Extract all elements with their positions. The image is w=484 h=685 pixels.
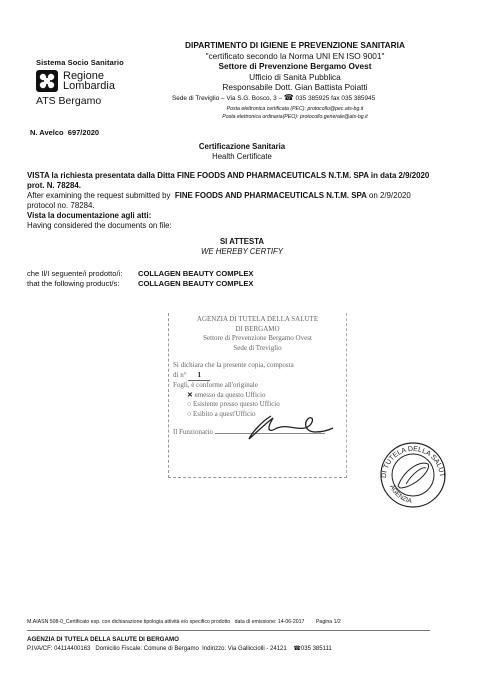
department-name: DIPARTIMENTO DI IGIENE E PREVENZIONE SAN… <box>180 40 410 51</box>
region-name-line2: Lombardia <box>63 81 115 91</box>
pec-email: Posta elettronica certificata (PEC): pro… <box>180 105 410 113</box>
after-protocol: protocol no. 78284. <box>27 201 95 210</box>
stamp-count-label: di n° <box>173 371 187 379</box>
vat-number: P.IVA/CF: 04114400163 <box>27 646 90 652</box>
phone-icon: ☎ <box>293 646 300 652</box>
agency-name: ATS Bergamo <box>36 95 156 107</box>
stamp-option-issued: ✕ emesso da questo Ufficio <box>173 391 346 401</box>
lombardia-rose-icon <box>36 70 58 92</box>
after-prefix: After examining the request submitted by <box>27 191 170 200</box>
officer-label: Il Funzionario <box>173 428 213 436</box>
system-label: Sistema Socio Sanitario <box>36 58 156 67</box>
request-paragraph-en: After examining the request submitted by… <box>27 191 467 211</box>
vista-prefix: VISTA la richiesta presentata dalla Ditt… <box>27 171 175 180</box>
svg-text:DI TUTELA DELLA SALUTE: DI TUTELA DELLA SALUTE <box>378 440 445 478</box>
reference-label: N. Avelco <box>30 128 64 137</box>
product-label-en: that the following product/s: <box>27 279 138 289</box>
stamp-option-existing: ○ Esistente presso questo Ufficio <box>173 400 346 410</box>
form-code: M.AIASN 508-0_Certificato esp. con dichi… <box>27 619 230 625</box>
product-name-it: COLLAGEN BEAUTY COMPLEX <box>138 269 253 278</box>
stamp-count-value: 1 <box>188 371 210 382</box>
office-name: Ufficio di Sanità Pubblica <box>180 72 410 83</box>
stamp-seat: Sede di Treviglio <box>169 344 346 354</box>
page-label: Pagina <box>316 619 332 625</box>
footer-divider <box>27 630 430 631</box>
issue-date: 14-06-2017 <box>278 619 305 625</box>
product-label-it: che Il/I seguente/i prodotto/i: <box>27 269 138 279</box>
reference-value: 697/2020 <box>68 128 99 137</box>
product-block: che Il/I seguente/i prodotto/i:COLLAGEN … <box>27 269 253 289</box>
reference-number: N. Avelco 697/2020 <box>30 128 99 137</box>
stamp-declaration: Si dichiara che la presente copia, compo… <box>173 361 346 371</box>
stamp-conformity: Fogli, è conforme all'originale <box>173 381 346 391</box>
stamp-agency-line2: DI BERGAMO <box>169 325 346 335</box>
fiscal-domicile: Domicilio Fiscale: Comune di Bergamo <box>95 646 198 652</box>
certify-heading: SI ATTESTA WE HEREBY CERTIFY <box>0 237 484 257</box>
footer-phone: 035 385111 <box>301 646 332 652</box>
certificate-title: Certificazione Sanitaria Health Certific… <box>0 142 484 162</box>
title-english: Health Certificate <box>0 152 484 162</box>
stamp-agency-line1: AGENZIA DI TUTELA DELLA SALUTE <box>169 315 346 325</box>
address-line: Sede di Treviglio – Via S.G. Bosco, 3 – … <box>172 93 410 105</box>
request-paragraph-it: VISTA la richiesta presentata dalla Ditt… <box>27 171 467 191</box>
peo-email: Posta elettronica ordinaria(PEO): protoc… <box>180 113 410 121</box>
form-code-line: M.AIASN 508-0_Certificato esp. con dichi… <box>27 619 467 625</box>
option-text: emesso da questo Ufficio <box>195 391 266 399</box>
product-name-en: COLLAGEN BEAUTY COMPLEX <box>138 279 253 288</box>
vista-date: in data 2/9/2020 <box>371 171 429 180</box>
attesta-it: SI ATTESTA <box>0 237 484 247</box>
responsible-name: Responsabile Dott. Gian Battista Poiatti <box>180 82 410 93</box>
footer-agency: AGENZIA DI TUTELA DELLA SALUTE DI BERGAM… <box>27 636 179 643</box>
title-italian: Certificazione Sanitaria <box>0 142 484 152</box>
empty-circle-icon: ○ <box>187 410 191 418</box>
svg-text:AGENZIA: AGENZIA <box>388 484 413 505</box>
attesta-en: WE HEREBY CERTIFY <box>0 247 484 257</box>
company-name-en: FINE FOODS AND PHARMACEUTICALS N.T.M. SP… <box>175 191 367 200</box>
phone-fax: 035 385925 fax 035 385945 <box>296 95 376 102</box>
footer-address: Indirizzo: Via Gallicciolli - 24121 <box>202 646 287 652</box>
issue-label: data di emissione: <box>235 619 277 625</box>
seal-text-top: DI TUTELA DELLA SALUTE <box>378 440 445 478</box>
documents-it: Vista la documentazione agli atti: <box>27 211 467 221</box>
page-number: 1/2 <box>334 619 341 625</box>
vista-protocol: prot. N. 78284. <box>27 181 81 190</box>
option-text: Esistente presso questo Ufficio <box>193 400 280 408</box>
checked-x-icon: ✕ <box>187 391 193 399</box>
ats-logo: Sistema Socio Sanitario Reg <box>36 58 156 107</box>
documents-en: Having considered the documents on file: <box>27 221 467 231</box>
company-name: FINE FOODS AND PHARMACEUTICALS N.T.M. SP… <box>177 171 369 180</box>
footer-details: P.IVA/CF: 04114400163 Domicilio Fiscale:… <box>27 645 332 652</box>
sector-name: Settore di Prevenzione Bergamo Ovest <box>180 61 410 72</box>
letterhead: DIPARTIMENTO DI IGIENE E PREVENZIONE SAN… <box>180 40 410 121</box>
address: Sede di Treviglio – Via S.G. Bosco, 3 – <box>172 95 282 102</box>
empty-circle-icon: ○ <box>187 400 191 408</box>
after-date: on 2/9/2020 <box>369 191 411 200</box>
conformity-stamp: AGENZIA DI TUTELA DELLA SALUTE DI BERGAM… <box>168 313 347 478</box>
seal-text-bottom: AGENZIA <box>388 484 413 505</box>
documents-paragraph: Vista la documentazione agli atti: Havin… <box>27 211 467 231</box>
stamp-sector: Settore di Prevenzione Bergamo Ovest <box>169 334 346 344</box>
signature-icon <box>243 412 343 442</box>
official-seal: DI TUTELA DELLA SALUTE AGENZIA <box>378 440 448 510</box>
iso-certification: "certificato secondo la Norma UNI EN ISO… <box>180 51 410 62</box>
phone-icon: ☎ <box>284 93 294 102</box>
